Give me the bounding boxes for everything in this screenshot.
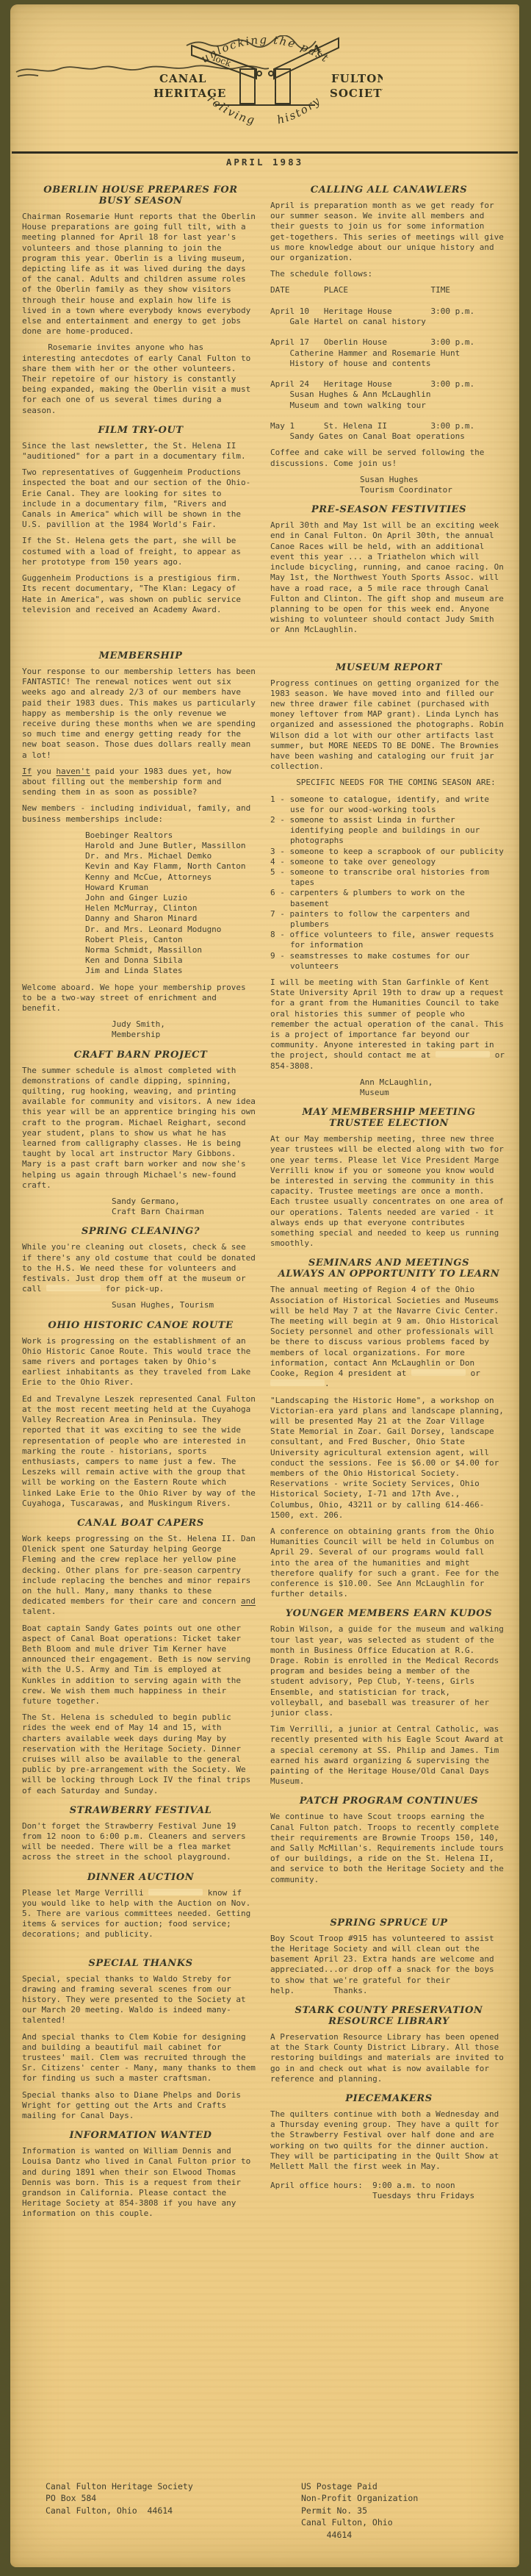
section-special-thanks: SPECIAL THANKSSpecial, special thanks to…: [22, 1958, 259, 2122]
section-heading: SEMINARS AND MEETINGS ALWAYS AN OPPORTUN…: [275, 1257, 503, 1280]
paragraph: I will be meeting with Stan Garfinkle of…: [270, 977, 507, 1072]
list-item: Dr. and Mrs. Leonard Modugno: [85, 925, 259, 935]
paragraph: If the St. Helena gets the part, she wil…: [22, 536, 259, 567]
section-heading: CALLING ALL CANAWLERS: [275, 184, 503, 195]
postage-block: US Postage Paid Non-Profit Organization …: [301, 2480, 418, 2541]
section-heading: FILM TRY-OUT: [26, 425, 255, 436]
paragraph: Information is wanted on William Dennis …: [22, 2146, 259, 2219]
section-heading: CRAFT BARN PROJECT: [26, 1050, 255, 1061]
paragraph: Boy Scout Troop #915 has volunteered to …: [270, 1934, 507, 1996]
paragraph: Special thanks also to Diane Phelps and …: [22, 2090, 259, 2122]
section-heading: SPRING SPRUCE UP: [275, 1917, 503, 1929]
signature-line: Craft Barn Chairman: [112, 1207, 259, 1217]
signature-line: Tourism Coordinator: [360, 485, 507, 495]
section-heading: PATCH PROGRAM CONTINUES: [275, 1795, 503, 1807]
numbered-item: 4 - someone to take over geneology: [270, 857, 507, 867]
section-oberlin-house-prepares-for-busy-season: OBERLIN HOUSE PREPARES FOR BUSY SEASONCh…: [22, 184, 259, 416]
section-canal-boat-capers: CANAL BOAT CAPERSWork keeps progressing …: [22, 1518, 259, 1796]
paragraph: A conference on obtaining grants from th…: [270, 1526, 507, 1599]
section-heading: MUSEUM REPORT: [275, 662, 503, 673]
mailing-footer: Canal Fulton Heritage Society PO Box 584…: [10, 2480, 519, 2568]
section-membership: MEMBERSHIPYour response to our membershi…: [22, 650, 259, 1041]
section-ohio-historic-canoe-route: OHIO HISTORIC CANOE ROUTEWork is progres…: [22, 1320, 259, 1509]
logo-name-fulton: FULTON: [331, 72, 383, 85]
signature-line: Membership: [112, 1030, 259, 1040]
section-heading: OBERLIN HOUSE PREPARES FOR BUSY SEASON: [26, 184, 255, 207]
numbered-item: 5 - someone to transcribe oral histories…: [270, 867, 507, 888]
signature-line: Museum: [360, 1088, 507, 1098]
signature: Ann McLaughlin,Museum: [270, 1077, 507, 1098]
paragraph: Progress continues on getting organized …: [270, 678, 507, 772]
newsletter-page: unlocking the past reliving history lock…: [10, 4, 519, 2567]
list-item: Dr. and Mrs. Michael Demko: [85, 851, 259, 861]
section-heading: INFORMATION WANTED: [26, 2130, 255, 2141]
numbered-item: 3 - someone to keep a scrapbook of our p…: [270, 847, 507, 857]
section-heading: YOUNGER MEMBERS EARN KUDOS: [275, 1608, 503, 1619]
section-strawberry-festival: STRAWBERRY FESTIVALDon't forget the Stra…: [22, 1805, 259, 1863]
return-address-line: PO Box 584: [46, 2492, 260, 2505]
list-item: Ken and Donna Sibila: [85, 955, 259, 966]
signature-line: Ann McLaughlin,: [360, 1077, 507, 1088]
office-hours: April office hours: 9:00 a.m. to noon Tu…: [270, 2181, 507, 2201]
list-item: John and Ginger Luzio: [85, 893, 259, 903]
list-item: Jim and Linda Slates: [85, 966, 259, 976]
return-address-line: Canal Fulton, Ohio 44614: [46, 2505, 260, 2517]
paragraph: The quilters continue with both a Wednes…: [270, 2109, 507, 2172]
section-stark-county-preservation-resource-library: STARK COUNTY PRESERVATION RESOURCE LIBRA…: [270, 2005, 507, 2084]
postage-line: Canal Fulton, Ohio: [301, 2516, 418, 2529]
list-item: Boebinger Realtors: [85, 830, 259, 841]
paragraph: At our May membership meeting, three new…: [270, 1134, 507, 1249]
signature: Susan HughesTourism Coordinator: [270, 475, 507, 495]
paragraph: The annual meeting of Region 4 of the Oh…: [270, 1285, 507, 1389]
section-pre-season-festivities: PRE-SEASON FESTIVITIESApril 30th and May…: [270, 504, 507, 635]
paragraph: Coffee and cake will be served following…: [270, 448, 507, 468]
paragraph: Work keeps progressing on the St. Helena…: [22, 1534, 259, 1618]
left-column: OBERLIN HOUSE PREPARES FOR BUSY SEASONCh…: [22, 176, 259, 2480]
paragraph: Your response to our membership letters …: [22, 667, 259, 761]
paragraph: Since the last newsletter, the St. Helen…: [22, 441, 259, 462]
paragraph: A Preservation Resource Library has been…: [270, 2032, 507, 2084]
logo-name-canal: CANAL: [159, 72, 206, 85]
masthead-divider: [12, 151, 518, 154]
section-seminars-and-meetings-always-an-opportunit: SEMINARS AND MEETINGS ALWAYS AN OPPORTUN…: [270, 1257, 507, 1599]
section-office-hours: April office hours: 9:00 a.m. to noon Tu…: [270, 2181, 507, 2201]
paragraph: Please let Marge Verrilli know if you wo…: [22, 1888, 259, 1940]
signature: Susan Hughes, Tourism: [22, 1300, 259, 1310]
paragraph: "Landscaping the Historic Home", a works…: [270, 1396, 507, 1521]
paragraph: SPECIFIC NEEDS FOR THE COMING SEASON ARE…: [270, 778, 507, 788]
section-may-membership-meeting-trustee-election: MAY MEMBERSHIP MEETING TRUSTEE ELECTIONA…: [270, 1107, 507, 1249]
paragraph: Chairman Rosemarie Hunt reports that the…: [22, 212, 259, 337]
section-heading: STARK COUNTY PRESERVATION RESOURCE LIBRA…: [275, 2005, 503, 2027]
paragraph: Welcome aboard. We hope your membership …: [22, 983, 259, 1014]
section-film-try-out: FILM TRY-OUTSince the last newsletter, t…: [22, 425, 259, 615]
list-item: Kevin and Kay Flamm, North Canton: [85, 861, 259, 872]
numbered-item: 1 - someone to catalogue, identify, and …: [270, 794, 507, 815]
numbered-item: 2 - someone to assist Linda in further i…: [270, 815, 507, 847]
section-dinner-auction: DINNER AUCTIONPlease let Marge Verrilli …: [22, 1872, 259, 1940]
list-item: Danny and Sharon Minard: [85, 914, 259, 924]
member-list: Boebinger RealtorsHarold and June Butler…: [22, 830, 259, 977]
society-logo: unlocking the past reliving history lock…: [148, 4, 383, 141]
paragraph: Rosemarie invites anyone who has interes…: [22, 342, 259, 415]
paragraph: The St. Helena is scheduled to begin pub…: [22, 1712, 259, 1796]
list-item: Norma Schmidt, Massillon: [85, 945, 259, 955]
section-heading: STRAWBERRY FESTIVAL: [26, 1805, 255, 1816]
paragraph: Don't forget the Strawberry Festival Jun…: [22, 1821, 259, 1863]
section-heading: MEMBERSHIP: [26, 650, 255, 661]
paragraph: Ed and Trevalyne Leszek represented Cana…: [22, 1394, 259, 1509]
paragraph: The summer schedule is almost completed …: [22, 1066, 259, 1191]
redacted-blank: [270, 1380, 325, 1386]
list-item: Robert Pleis, Canton: [85, 935, 259, 945]
right-column: CALLING ALL CANAWLERSApril is preparatio…: [270, 176, 507, 2480]
paragraph: The schedule follows:: [270, 269, 507, 279]
list-item: Kenny and McCue, Attorneys: [85, 872, 259, 883]
logo-name-society: SOCIETY: [330, 87, 383, 100]
paragraph: April is preparation month as we get rea…: [270, 201, 507, 263]
section-patch-program-continues: PATCH PROGRAM CONTINUESWe continue to ha…: [270, 1795, 507, 1884]
list-item: Helen McMurray, Clinton: [85, 903, 259, 914]
newsletter-columns: OBERLIN HOUSE PREPARES FOR BUSY SEASONCh…: [10, 173, 519, 2480]
paragraph: We continue to have Scout troops earning…: [270, 1812, 507, 1884]
section-heading: SPRING CLEANING?: [26, 1226, 255, 1237]
signature-line: Sandy Germano,: [112, 1196, 259, 1207]
section-heading: CANAL BOAT CAPERS: [26, 1518, 255, 1529]
numbered-item: 7 - painters to follow the carpenters an…: [270, 909, 507, 930]
paragraph: Two representatives of Guggenheim Produc…: [22, 467, 259, 530]
logo-arc-bottom-right-text: history: [275, 93, 323, 126]
paragraph: Guggenheim Productions is a prestigious …: [22, 573, 259, 615]
section-heading: MAY MEMBERSHIP MEETING TRUSTEE ELECTION: [275, 1107, 503, 1129]
postage-line: US Postage Paid: [301, 2480, 418, 2493]
masthead: unlocking the past reliving history lock…: [10, 4, 519, 151]
section-museum-report: MUSEUM REPORTProgress continues on getti…: [270, 662, 507, 1099]
paragraph: Robin Wilson, a guide for the museum and…: [270, 1624, 507, 1718]
redacted-blank: [148, 1889, 203, 1895]
postage-line: 44614: [301, 2529, 418, 2541]
paragraph: April 30th and May 1st will be an exciti…: [270, 520, 507, 635]
section-spring-spruce-up: SPRING SPRUCE UPBoy Scout Troop #915 has…: [270, 1917, 507, 1996]
section-heading: PIECEMAKERS: [275, 2093, 503, 2104]
redacted-blank: [436, 1051, 490, 1058]
signature-line: Susan Hughes: [360, 475, 507, 485]
redacted-blank: [46, 1285, 101, 1291]
paragraph: Boat captain Sandy Gates points out one …: [22, 1624, 259, 1707]
section-heading: OHIO HISTORIC CANOE ROUTE: [26, 1320, 255, 1331]
section-calling-all-canawlers: CALLING ALL CANAWLERSApril is preparatio…: [270, 184, 507, 495]
section-craft-barn-project: CRAFT BARN PROJECTThe summer schedule is…: [22, 1050, 259, 1218]
issue-date: APRIL 1983: [10, 155, 519, 170]
section-heading: DINNER AUCTION: [26, 1872, 255, 1883]
numbered-item: 6 - carpenters & plumbers to work on the…: [270, 888, 507, 908]
paragraph: Work is progressing on the establishment…: [22, 1336, 259, 1388]
paragraph: If you haven't paid your 1983 dues yet, …: [22, 767, 259, 798]
logo-name-heritage: HERITAGE: [153, 87, 226, 100]
paragraph: While you're cleaning out closets, check…: [22, 1242, 259, 1294]
section-heading: SPECIAL THANKS: [26, 1958, 255, 1969]
section-heading: PRE-SEASON FESTIVITIES: [275, 504, 503, 515]
list-item: Howard Kruman: [85, 883, 259, 893]
numbered-needs-list: 1 - someone to catalogue, identify, and …: [270, 794, 507, 972]
signature-line: Susan Hughes, Tourism: [112, 1300, 259, 1310]
section-information-wanted: INFORMATION WANTEDInformation is wanted …: [22, 2130, 259, 2219]
section-piecemakers: PIECEMAKERSThe quilters continue with bo…: [270, 2093, 507, 2172]
numbered-item: 8 - office volunteers to file, answer re…: [270, 930, 507, 950]
signature-line: Judy Smith,: [112, 1019, 259, 1030]
list-item: Harold and June Butler, Massillon: [85, 841, 259, 851]
postage-line: Permit No. 35: [301, 2505, 418, 2517]
return-address: Canal Fulton Heritage Society PO Box 584…: [46, 2480, 260, 2517]
paragraph: Special, special thanks to Waldo Streby …: [22, 1974, 259, 2026]
return-address-line: Canal Fulton Heritage Society: [46, 2480, 260, 2493]
signature: Judy Smith,Membership: [22, 1019, 259, 1040]
signature: Sandy Germano,Craft Barn Chairman: [22, 1196, 259, 1217]
section-spring-cleaning: SPRING CLEANING?While you're cleaning ou…: [22, 1226, 259, 1310]
paragraph: New members - including individual, fami…: [22, 803, 259, 824]
paragraph: Tim Verrilli, a junior at Central Cathol…: [270, 1724, 507, 1787]
redacted-blank: [411, 1369, 466, 1376]
section-younger-members-earn-kudos: YOUNGER MEMBERS EARN KUDOSRobin Wilson, …: [270, 1608, 507, 1787]
postage-line: Non-Profit Organization: [301, 2492, 418, 2505]
meeting-schedule: DATE PLACE TIME April 10 Heritage House …: [270, 285, 507, 442]
paragraph: And special thanks to Clem Kobie for des…: [22, 2032, 259, 2084]
numbered-item: 9 - seamstresses to make costumes for ou…: [270, 951, 507, 972]
